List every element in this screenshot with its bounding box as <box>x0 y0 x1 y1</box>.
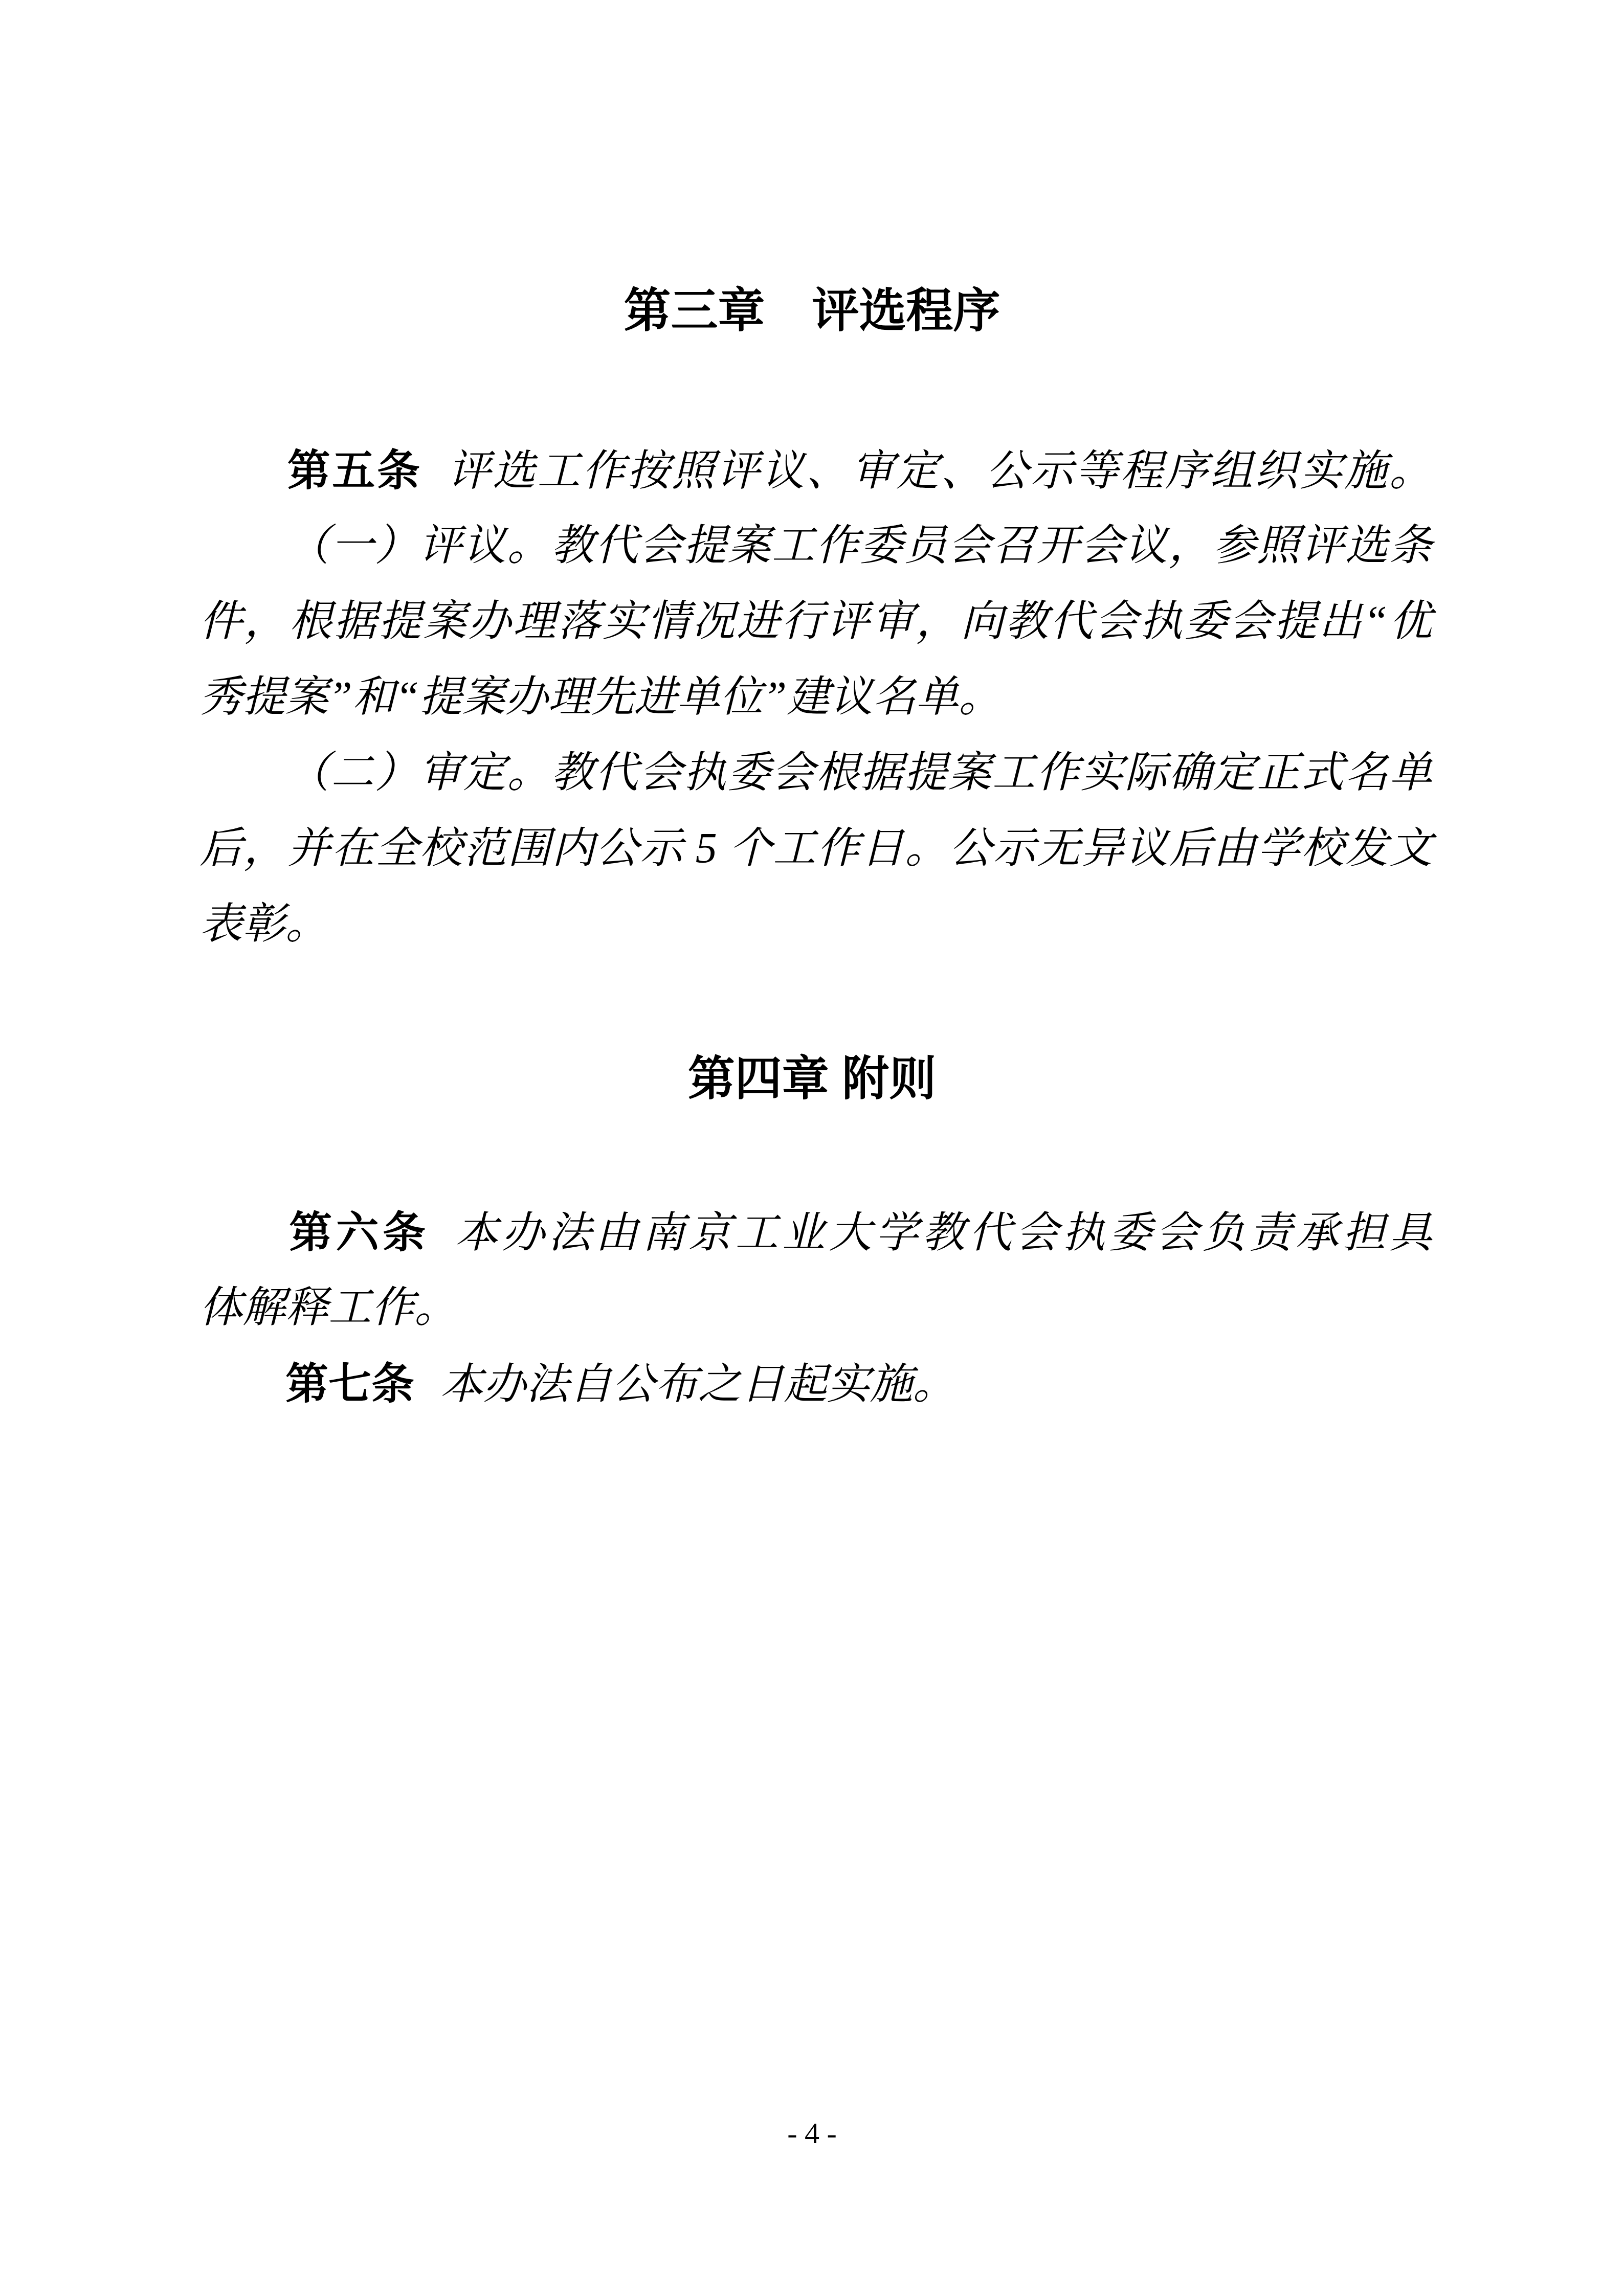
article-5-label: 第五条 <box>285 446 422 494</box>
article-6-line-1: 第六条本办法由南京工业大学教代会执委会负责承担具 <box>199 1195 1432 1270</box>
article-6-text-1: 本办法由南京工业大学教代会执委会负责承担具 <box>455 1209 1432 1257</box>
paragraph-indent <box>199 1398 285 1399</box>
article-7-line: 第七条本办法自公布之日起实施。 <box>199 1346 1432 1422</box>
article-7-text: 本办法自公布之日起实施。 <box>440 1361 955 1408</box>
item-1-text-1: （一）评议。教代会提案工作委员会召开会议，参照评选条 <box>285 522 1432 570</box>
chapter-3-heading: 第三章 评选程序 <box>0 284 1624 337</box>
document-page: { "colors": { "text": "#000000", "backgr… <box>0 0 1624 2296</box>
article-5-line: 第五条评选工作按照评议、审定、公示等程序组织实施。 <box>199 433 1432 508</box>
chapter-3-body: 第五条评选工作按照评议、审定、公示等程序组织实施。 （一）评议。教代会提案工作委… <box>199 433 1432 962</box>
chapter-4-heading: 第四章 附则 <box>0 1052 1624 1106</box>
article-7-label: 第七条 <box>285 1360 414 1408</box>
item-2-text-3: 表彰。 <box>199 901 328 948</box>
item-2-text-1: （二）审定。教代会执委会根据提案工作实际确定正式名单 <box>285 749 1432 797</box>
article-6-line-2: 体解释工作。 <box>199 1270 1432 1346</box>
item-1-text-3: 秀提案”和“提案办理先进单位”建议名单。 <box>199 673 1002 721</box>
page-number: - 4 - <box>0 2117 1624 2150</box>
paragraph-indent <box>199 786 285 787</box>
paragraph-indent <box>199 1247 285 1247</box>
item-1-line-3: 秀提案”和“提案办理先进单位”建议名单。 <box>199 660 1432 735</box>
paragraph-indent <box>199 559 285 560</box>
item-2-line-1: （二）审定。教代会执委会根据提案工作实际确定正式名单 <box>199 735 1432 811</box>
item-2-line-2: 后，并在全校范围内公示 5 个工作日。公示无异议后由学校发文 <box>199 811 1432 887</box>
article-6-label: 第六条 <box>285 1208 429 1256</box>
item-1-text-2: 件，根据提案办理落实情况进行评审，向教代会执委会提出“优 <box>199 598 1432 645</box>
article-5-text: 评选工作按照评议、审定、公示等程序组织实施。 <box>448 447 1432 495</box>
paragraph-indent <box>199 485 285 485</box>
item-2-text-2: 后，并在全校范围内公示 5 个工作日。公示无异议后由学校发文 <box>199 825 1432 872</box>
article-6-text-2: 体解释工作。 <box>199 1284 457 1332</box>
item-1-line-1: （一）评议。教代会提案工作委员会召开会议，参照评选条 <box>199 508 1432 584</box>
chapter-4-body: 第六条本办法由南京工业大学教代会执委会负责承担具 体解释工作。 第七条本办法自公… <box>199 1195 1432 1422</box>
item-2-line-3: 表彰。 <box>199 887 1432 962</box>
item-1-line-2: 件，根据提案办理落实情况进行评审，向教代会执委会提出“优 <box>199 584 1432 660</box>
page-background: 第三章 评选程序 第五条评选工作按照评议、审定、公示等程序组织实施。 （一）评议… <box>0 0 1624 2296</box>
